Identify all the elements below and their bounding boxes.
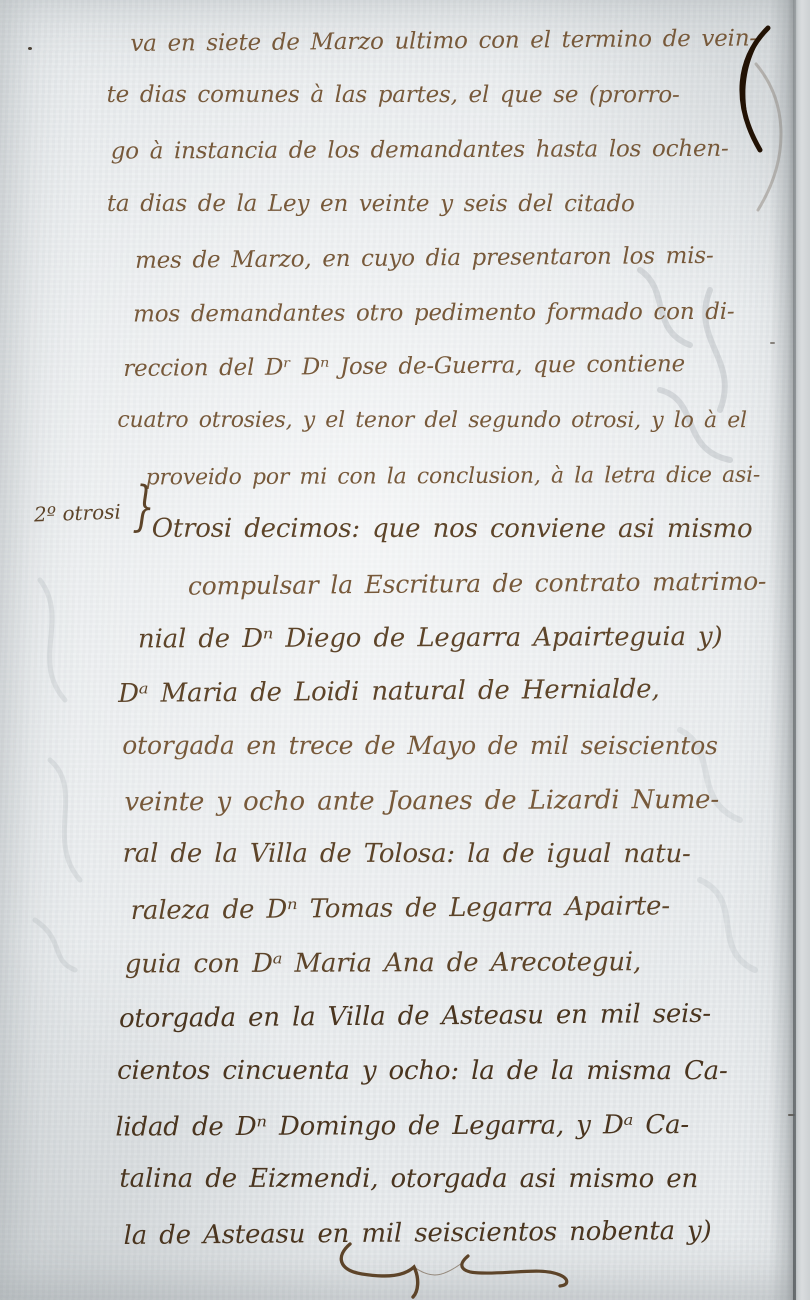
manuscript-line: cuatro otrosies, y el tenor del segundo … <box>117 393 809 448</box>
manuscript-line: ral de la Villa de Tolosa: la de igual n… <box>123 827 810 882</box>
ink-speck <box>28 47 32 50</box>
manuscript-line: otorgada en trece de Mayo de mil seiscie… <box>122 718 810 773</box>
manuscript-line: mes de Marzo, en cuyo dia presentaron lo… <box>135 228 809 288</box>
manuscript-line: raleza de Dⁿ Tomas de Legarra Apairte- <box>130 878 810 938</box>
manuscript-line: Dᵃ Maria de Loidi natural de Hernialde, <box>118 661 810 721</box>
manuscript-line: go à instancia de los demandantes hasta … <box>111 122 809 179</box>
manuscript-line: ta dias de la Ley en veinte y seis del c… <box>107 176 809 231</box>
pen-flourish <box>292 1236 592 1300</box>
manuscript-line: te dias comunes à las partes, el que se … <box>107 68 809 123</box>
manuscript-line: veinte y ocho ante Joanes de Lizardi Num… <box>124 772 810 829</box>
page-edge-shadow-line <box>793 0 796 1300</box>
manuscript-line: mos demandantes otro pedimento formado c… <box>133 284 809 341</box>
manuscript-line: proveido por mi con la conclusion, à la … <box>145 447 809 504</box>
manuscript-line: va en siete de Marzo ultimo con el termi… <box>130 11 808 71</box>
bleedthrough-mark <box>10 560 120 980</box>
margin-note: 2º otrosi <box>34 499 122 526</box>
manuscript-line: nial de Dⁿ Diego de Legarra Apairteguia … <box>138 610 810 667</box>
margin-note-brace: } <box>132 475 155 538</box>
manuscript-line: talina de Eizmendi, otorgada asi mismo e… <box>119 1152 810 1207</box>
manuscript-line: otorgada en la Villa de Asteasu en mil s… <box>119 986 810 1046</box>
manuscript-text-block: va en siete de Marzo ultimo con el termi… <box>108 13 810 1261</box>
manuscript-page: va en siete de Marzo ultimo con el termi… <box>0 0 810 1300</box>
manuscript-line: cientos cincuenta y ocho: la de la misma… <box>117 1043 810 1098</box>
manuscript-line: lidad de Dⁿ Domingo de Legarra, y Dᵃ Ca- <box>115 1097 810 1154</box>
page-edge <box>770 0 810 1300</box>
manuscript-line: guia con Dᵃ Maria Ana de Arecotegui, <box>125 935 810 992</box>
manuscript-line: reccion del Dʳ Dⁿ Jose de-Guerra, que co… <box>123 336 809 396</box>
manuscript-line: compulsar la Escritura de contrato matri… <box>188 553 810 613</box>
manuscript-line: Otrosi decimos: que nos conviene asi mis… <box>152 501 810 556</box>
